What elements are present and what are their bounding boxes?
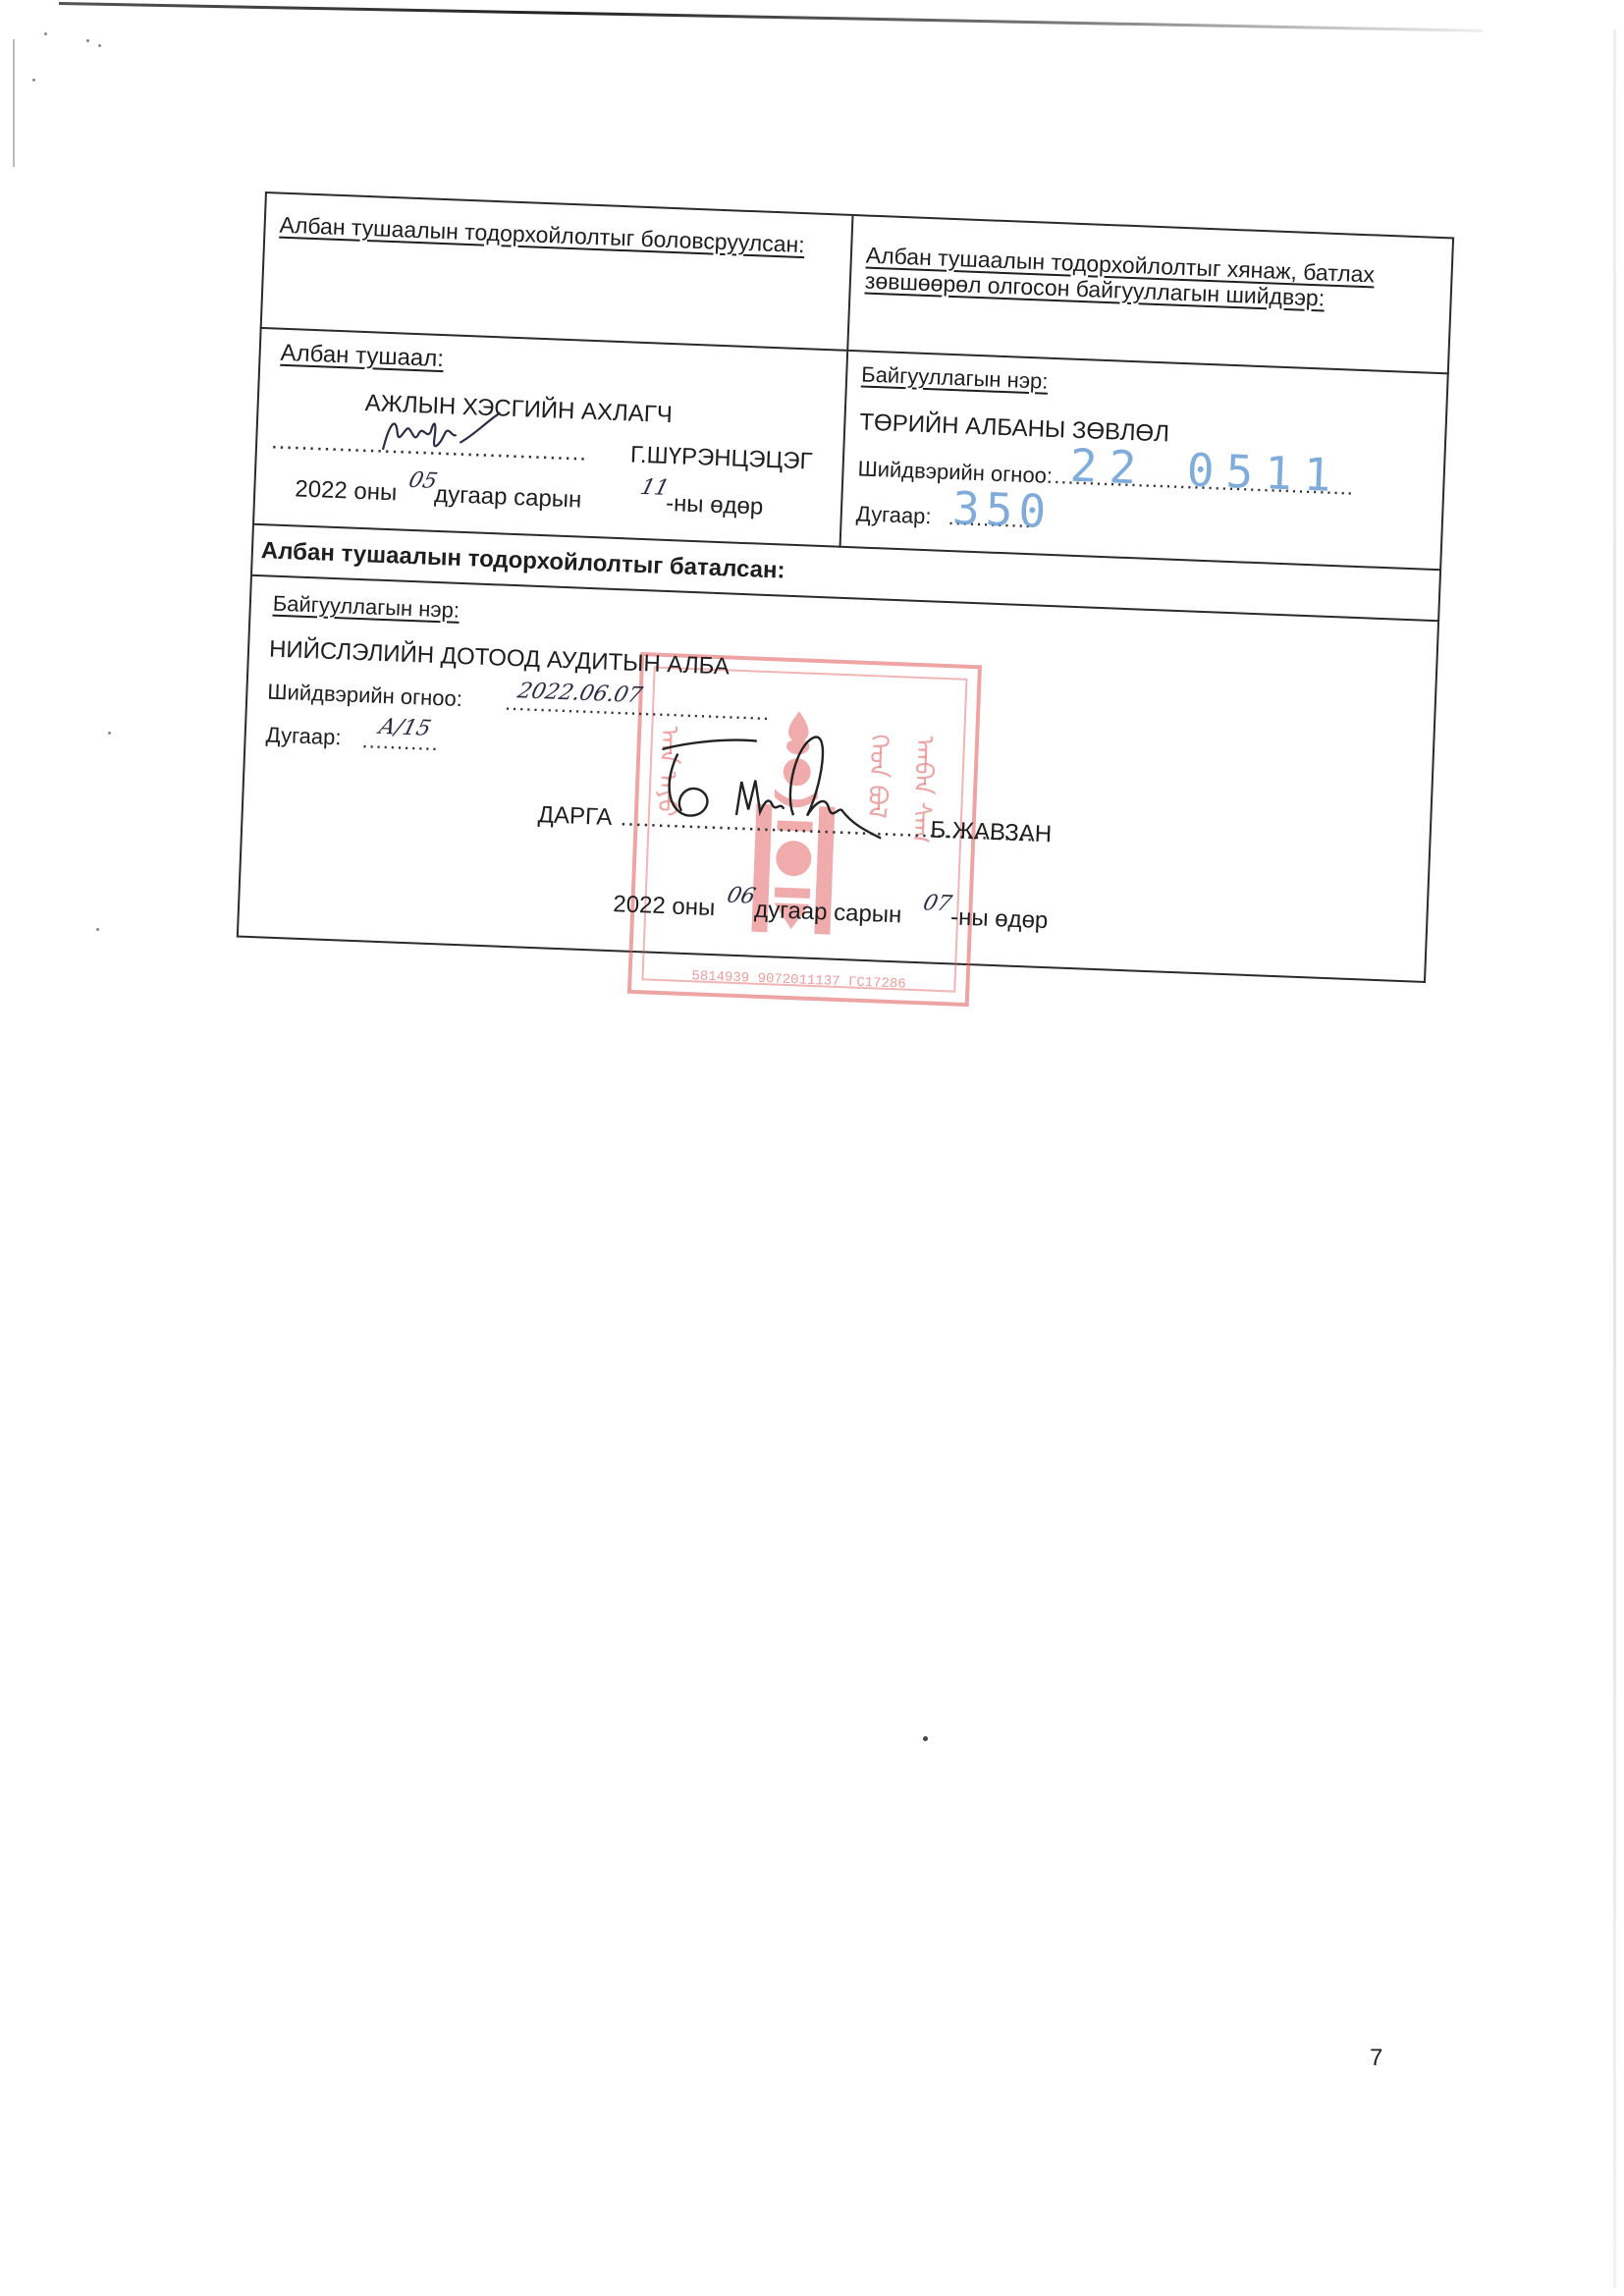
reviewed-number-stamp: 350	[951, 481, 1053, 538]
position-label: Албан тушаал:	[280, 340, 444, 373]
scan-edge-right	[1613, 29, 1616, 2288]
scan-dot	[923, 1736, 928, 1741]
scan-speck	[44, 32, 47, 35]
approved-decision-date-label: Шийдвэрийн огноо:	[267, 679, 462, 712]
prepared-date-prefix: 2022 оны	[295, 475, 398, 507]
prepared-date-suffix: -ны өдөр	[666, 490, 764, 521]
scan-speck	[98, 44, 101, 47]
reviewed-org-label: Байгууллагын нэр:	[861, 361, 1049, 394]
page-number: 7	[1370, 2045, 1382, 2072]
approved-date-mid: дугаар сарын	[754, 897, 902, 930]
prepared-header: Албан тушаалын тодорхойлолтыг боловсруул…	[265, 193, 851, 259]
signature-javzan	[645, 719, 894, 847]
prepared-header-cell: Албан тушаалын тодорхойлолтыг боловсруул…	[261, 192, 853, 351]
approved-date-suffix: -ны өдөр	[950, 903, 1049, 935]
approved-details-cell: ᠠᠨᠨ ᠠᠶᠥ ᠭᠡᠦᠨ ᠪᠣᠯ ᠠᠠᠪᠠᠨ ᠰᠠᠭ 5814939 90720…	[238, 575, 1438, 982]
scan-speck	[108, 732, 111, 735]
prepared-name: Г.ШҮРЭНЦЭЦЭГ	[629, 441, 813, 475]
approved-number-label: Дугаар:	[265, 722, 342, 750]
reviewed-decision-date-stamp: 22 0511	[1069, 439, 1344, 503]
prepared-date-mid: дугаар сарын	[434, 481, 582, 515]
prepared-details-cell: Албан тушаал: АЖЛЫН ХЭСГИЙН АХЛАГЧ .....…	[253, 328, 847, 547]
scan-speck	[32, 79, 35, 82]
approved-date-prefix: 2022 оны	[613, 891, 716, 922]
scan-edge-top	[59, 2, 1483, 32]
approved-org-label: Байгууллагын нэр:	[272, 591, 460, 624]
signer-title: ДАРГА	[537, 801, 613, 832]
approved-decision-date-value: 2022.06.07	[515, 679, 645, 708]
approved-number-value: А/15	[376, 715, 433, 741]
approval-form: Албан тушаалын тодорхойлолтыг боловсруул…	[237, 191, 1454, 983]
scan-speck	[96, 928, 99, 931]
reviewed-header: Албан тушаалын тодорхойлолтыг хянаж, бат…	[850, 216, 1452, 315]
reviewed-header-cell: Албан тушаалын тодорхойлолтыг хянаж, бат…	[847, 215, 1453, 373]
reviewed-details-cell: Байгууллагын нэр: ТӨРИЙН АЛБАНЫ ЗӨВЛӨЛ Ш…	[840, 351, 1448, 570]
scan-edge-left	[13, 39, 15, 167]
signer-name: Б.ЖАВЗАН	[930, 816, 1053, 848]
reviewed-number-label: Дугаар:	[855, 501, 932, 529]
signature-shurentsetseg	[375, 403, 505, 466]
approval-table: Албан тушаалын тодорхойлолтыг боловсруул…	[237, 191, 1454, 983]
approved-org-value: НИЙСЛЭЛИЙН ДОТООД АУДИТЫН АЛБА	[269, 636, 731, 682]
scan-speck	[86, 39, 89, 42]
